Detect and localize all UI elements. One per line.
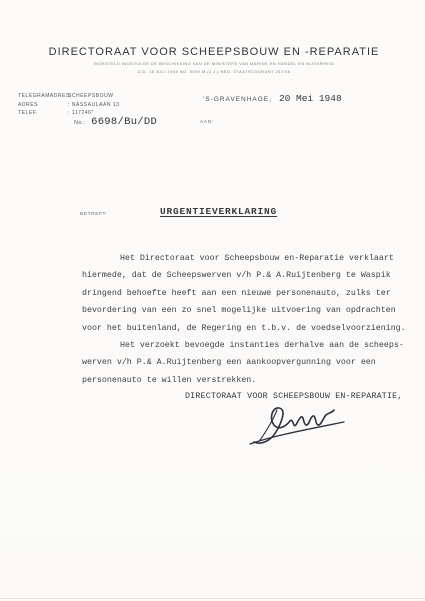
reference-number: No.: 6698/Bu/DD bbox=[74, 116, 157, 128]
subject-value: URGENTIEVERKLARING bbox=[160, 206, 277, 217]
reference-value: 6698/Bu/DD bbox=[91, 116, 157, 128]
letterhead: DIRECTORAAT VOOR SCHEEPSBOUW EN -REPARAT… bbox=[20, 46, 408, 74]
body-line: dringend behoefte heeft aan een nieuwe p… bbox=[82, 285, 398, 302]
body-line: werven v/h P.& A.Ruijtenberg een aankoop… bbox=[82, 354, 398, 371]
contact-block: TELEGRAMADRES: SCHEEPSBOUW ADRES : NASSA… bbox=[18, 92, 120, 118]
body-line: hiermede, dat de Scheepswerven v/h P.& A… bbox=[82, 267, 398, 284]
contact-value: : NASSAULAAN 13 bbox=[68, 101, 120, 110]
addressee-label: AAN: bbox=[200, 120, 214, 125]
body-line: bevordering van een zo snel mogelijke ui… bbox=[82, 302, 398, 319]
contact-value: SCHEEPSBOUW bbox=[68, 92, 114, 101]
dateline-date: 20 Mei 1948 bbox=[279, 93, 342, 104]
contact-label: TELEF. bbox=[18, 109, 68, 118]
body-line: voor het buitenland, de Regering en t.b.… bbox=[82, 320, 398, 337]
scanned-letter-page: DIRECTORAAT VOOR SCHEEPSBOUW EN -REPARAT… bbox=[0, 0, 425, 601]
body-line: personenauto te willen verstrekken. bbox=[82, 372, 398, 389]
faint-footer-mark: · · · · · · bbox=[30, 581, 57, 586]
letterhead-subtitle-line1: INGESTELD INGEVOLGE DE BESCHIKKING VAN D… bbox=[20, 61, 408, 66]
handwritten-signature-icon bbox=[246, 402, 356, 450]
body-line: Het verzoekt bevoegde instanties derhalv… bbox=[82, 337, 398, 354]
letterhead-subtitle-line2: D.D. 18 JULI 1945 NO. 5000 M.(J.J.) NED.… bbox=[20, 69, 408, 74]
contact-label: ADRES bbox=[18, 101, 68, 110]
letterhead-title: DIRECTORAAT VOOR SCHEEPSBOUW EN -REPARAT… bbox=[20, 46, 408, 58]
page-bottom-edge bbox=[0, 598, 425, 599]
dateline: 'S-GRAVENHAGE, 20 Mei 1948 bbox=[203, 93, 342, 104]
contact-row-telegram: TELEGRAMADRES: SCHEEPSBOUW bbox=[18, 92, 120, 101]
dateline-city: 'S-GRAVENHAGE, bbox=[203, 96, 272, 103]
reference-label: No.: bbox=[74, 120, 86, 126]
contact-row-adres: ADRES : NASSAULAAN 13 bbox=[18, 101, 120, 110]
letter-body: Het Directoraat voor Scheepsbouw en-Repa… bbox=[82, 250, 398, 389]
closing-line: DIRECTORAAT VOOR SCHEEPSBOUW EN-REPARATI… bbox=[185, 392, 403, 401]
subject-label: BETREFT: bbox=[80, 212, 107, 217]
body-line: Het Directoraat voor Scheepsbouw en-Repa… bbox=[82, 250, 398, 267]
contact-label: TELEGRAMADRES: bbox=[18, 92, 68, 101]
